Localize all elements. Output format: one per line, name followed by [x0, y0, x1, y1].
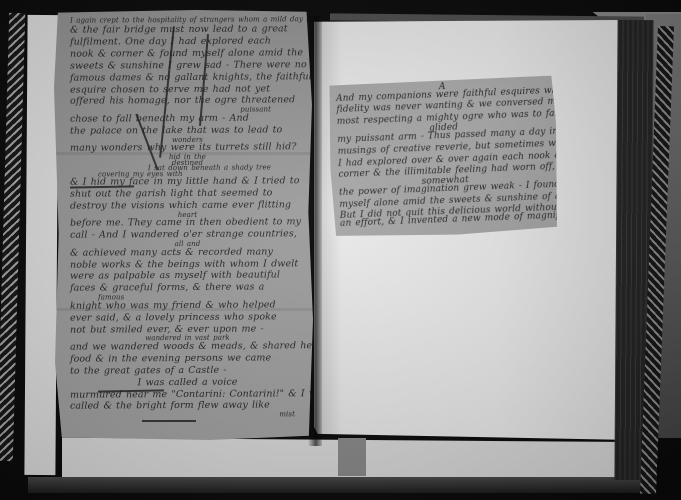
handwriting-left-page: I again crept to the hospitality of stra…	[54, 10, 313, 440]
handwritten-line: mist	[70, 412, 305, 420]
handwritten-line: knight who was my friend & who helped	[70, 299, 305, 312]
handwritten-line: famous dames & no gallant knights, the f…	[70, 71, 305, 84]
left-underpage-edge	[24, 15, 58, 475]
left-manuscript-page: I again crept to the hospitality of stra…	[54, 10, 313, 440]
pen-strikethrough	[142, 420, 196, 422]
handwritten-line: & achieved many acts & recorded many	[70, 246, 305, 259]
handwritten-line: I was called a voice	[70, 376, 305, 389]
handwritten-line: to the great gates of a Castle -	[70, 364, 305, 377]
manuscript-slip: AAnd my companions were faithful esquire…	[328, 75, 560, 238]
handwritten-line: nook & corner & found myself alone amid …	[70, 47, 305, 60]
handwritten-line: food & in the evening persons we came	[70, 352, 305, 365]
left-cover-hatched-edge	[0, 13, 25, 461]
handwriting-slip: AAnd my companions were faithful esquire…	[328, 75, 560, 238]
handwritten-line: ever said, & a lovely princess who spoke	[70, 311, 305, 324]
handwritten-line: sweets & sunshine I grew sad - There wer…	[70, 59, 305, 72]
handwritten-line: chose to fall beneath my arm - And	[70, 112, 305, 125]
book-bottom-board-edge	[28, 477, 656, 493]
photo-frame: I again crept to the hospitality of stra…	[0, 0, 681, 500]
bottom-gray-page-tab	[338, 438, 366, 476]
